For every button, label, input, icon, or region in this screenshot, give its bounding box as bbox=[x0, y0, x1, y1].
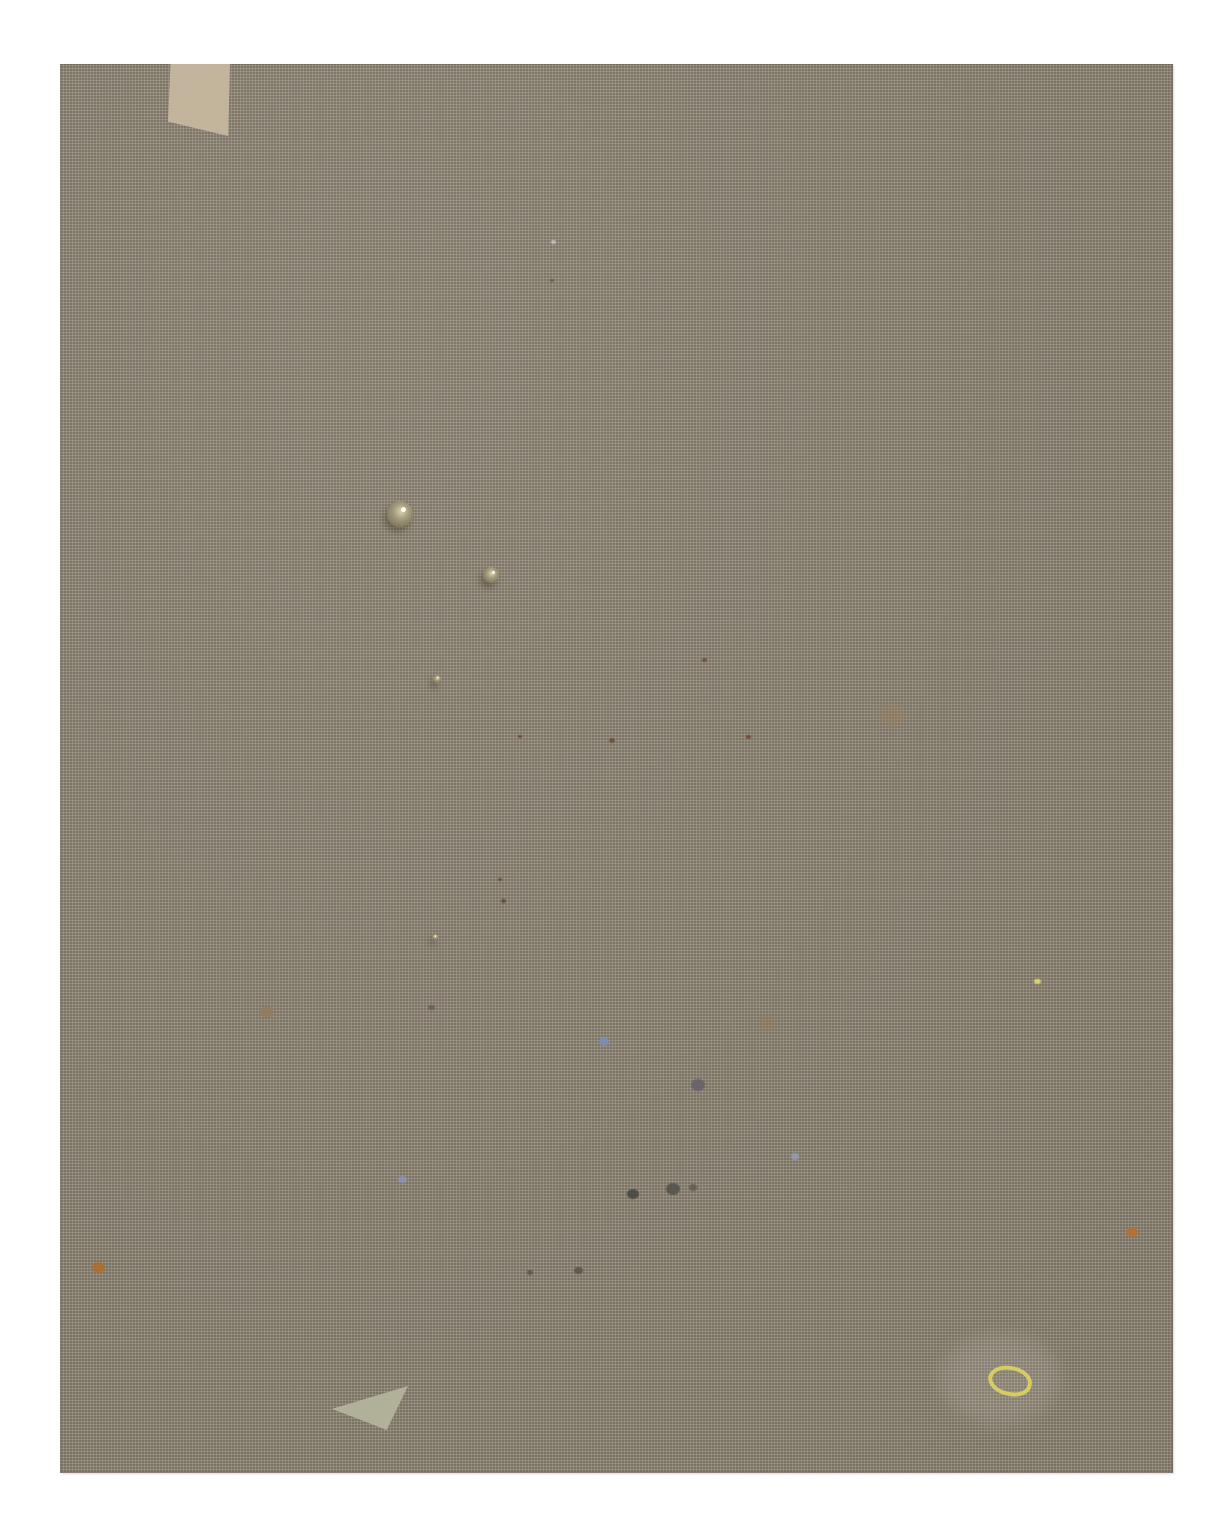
linen-canvas bbox=[60, 64, 1173, 1473]
paint-spot bbox=[599, 1037, 609, 1046]
paint-spot bbox=[527, 1270, 533, 1275]
paint-spot bbox=[609, 738, 615, 743]
paint-spot bbox=[260, 1006, 274, 1018]
paint-spot bbox=[498, 878, 502, 881]
paint-spot bbox=[1126, 1227, 1138, 1237]
paint-spot bbox=[791, 1153, 799, 1160]
paint-spot bbox=[702, 658, 707, 662]
water-droplet bbox=[432, 934, 438, 940]
paint-spot bbox=[550, 279, 554, 282]
paint-spot bbox=[879, 704, 905, 726]
paint-spot bbox=[627, 1189, 639, 1199]
paint-spot bbox=[689, 1184, 697, 1191]
paint-spot bbox=[746, 735, 751, 739]
paint-spot bbox=[501, 899, 506, 903]
pale-green-triangle-fragment bbox=[332, 1386, 408, 1430]
paint-spot bbox=[691, 1079, 705, 1091]
paint-spot bbox=[551, 240, 556, 244]
paint-spot bbox=[758, 1015, 776, 1030]
paint-spot bbox=[428, 1005, 435, 1011]
water-droplet bbox=[433, 675, 441, 683]
paint-spot bbox=[1034, 979, 1041, 985]
paint-spot bbox=[92, 1262, 105, 1273]
masking-tape bbox=[168, 64, 230, 136]
paint-spot bbox=[574, 1267, 583, 1275]
paint-spot bbox=[666, 1183, 680, 1195]
water-droplet bbox=[387, 501, 413, 527]
paint-spot bbox=[518, 735, 522, 738]
water-droplet bbox=[483, 567, 499, 583]
paint-spot bbox=[398, 1176, 407, 1184]
